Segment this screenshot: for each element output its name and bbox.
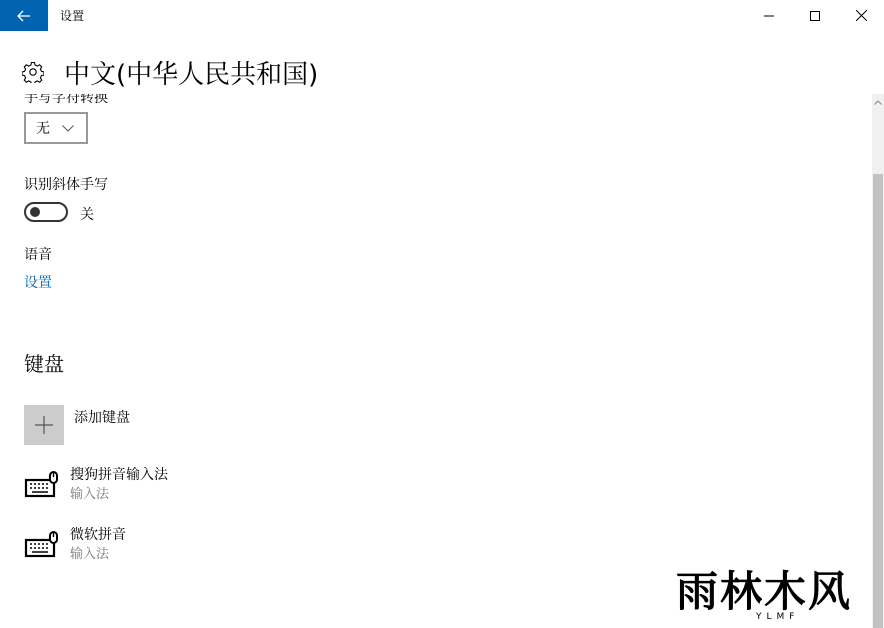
scrollbar-thumb[interactable] <box>873 174 883 628</box>
handwriting-conversion-dropdown[interactable]: 无 <box>24 112 88 144</box>
speech-label: 语音 <box>24 244 52 264</box>
keyboard-item-microsoft-pinyin[interactable]: 微软拼音 输入法 <box>24 526 126 564</box>
dropdown-value: 无 <box>36 118 50 138</box>
keyboard-icon <box>24 530 60 560</box>
page-header: 中文(中华人民共和国) <box>22 52 318 92</box>
maximize-icon <box>810 11 820 21</box>
settings-content: 手写字符转换 无 识别斜体手写 关 语音 设置 键盘 添加键盘 搜狗拼音输入法 … <box>0 94 870 628</box>
keyboard-item-sogou[interactable]: 搜狗拼音输入法 输入法 <box>24 466 168 504</box>
scroll-up-button[interactable] <box>872 96 884 108</box>
keyboard-name: 微软拼音 <box>70 526 126 545</box>
page-title: 中文(中华人民共和国) <box>64 54 318 91</box>
handwriting-conversion-label: 手写字符转换 <box>24 94 108 107</box>
minimize-button[interactable] <box>746 0 792 31</box>
close-icon <box>856 10 867 21</box>
keyboard-type: 输入法 <box>70 545 126 564</box>
back-button[interactable] <box>0 0 48 31</box>
toggle-state-text: 关 <box>80 204 94 224</box>
speech-settings-link[interactable]: 设置 <box>24 272 52 292</box>
keyboard-type: 输入法 <box>70 485 168 504</box>
add-keyboard-button[interactable]: 添加键盘 <box>24 405 130 445</box>
maximize-button[interactable] <box>792 0 838 31</box>
add-keyboard-label: 添加键盘 <box>74 407 130 445</box>
keyboard-name: 搜狗拼音输入法 <box>70 466 168 485</box>
gear-icon <box>22 61 44 83</box>
toggle-knob <box>30 207 40 217</box>
minimize-icon <box>764 11 774 21</box>
italic-handwriting-label: 识别斜体手写 <box>24 174 108 194</box>
arrow-left-icon <box>17 10 31 22</box>
keyboard-icon <box>24 470 60 500</box>
keyboard-section-title: 键盘 <box>24 348 64 377</box>
italic-handwriting-toggle[interactable] <box>24 202 68 222</box>
watermark-subtext: YLMF <box>756 612 799 622</box>
app-title: 设置 <box>60 7 84 24</box>
chevron-up-icon <box>874 100 882 105</box>
watermark-logo: 雨林木风 YLMF <box>676 568 880 626</box>
chevron-down-icon <box>62 125 74 132</box>
watermark-text: 雨林木风 <box>676 568 880 616</box>
add-keyboard-tile <box>24 405 64 445</box>
title-bar: 设置 <box>0 0 884 31</box>
plus-icon <box>35 416 53 434</box>
vertical-scrollbar[interactable] <box>872 94 884 628</box>
close-button[interactable] <box>838 0 884 31</box>
